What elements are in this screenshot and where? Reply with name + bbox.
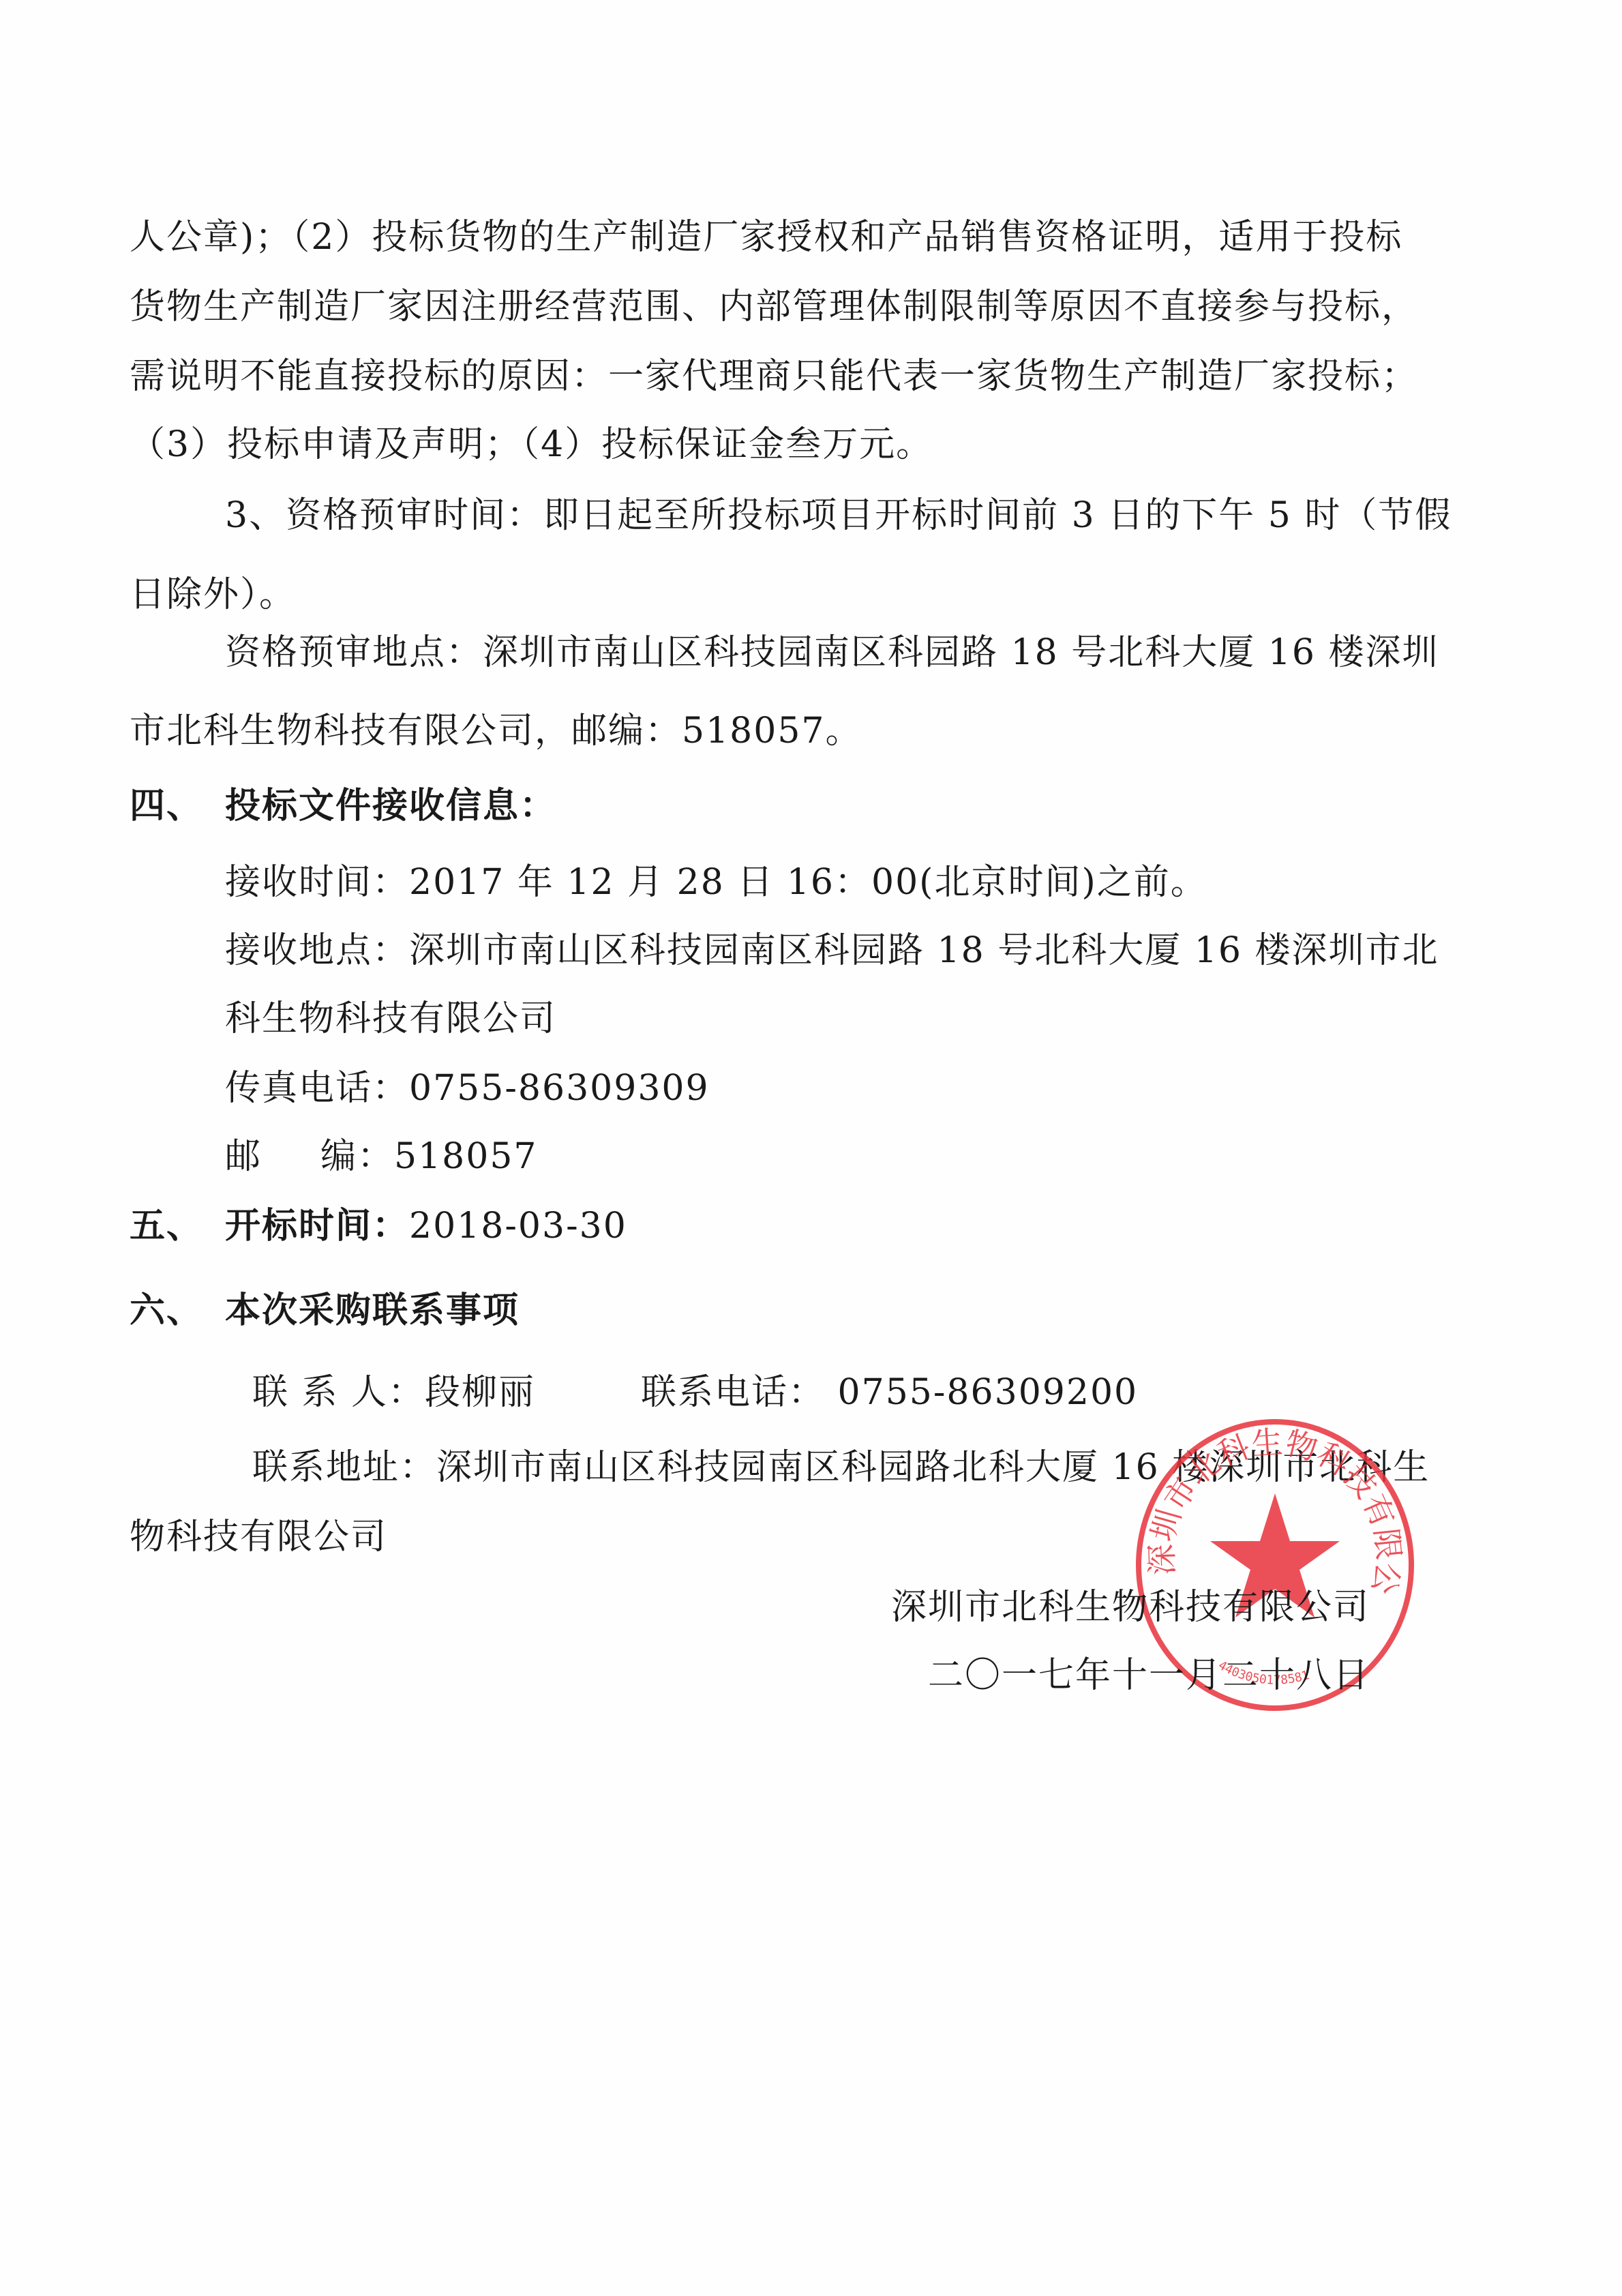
- paragraph-line: 人公章)；（2）投标货物的生产制造厂家授权和产品销售资格证明，适用于投标: [130, 215, 1402, 259]
- paragraph-line: 资格预审地点：深圳市南山区科技园南区科园路 18 号北科大厦 16 楼深圳: [225, 631, 1439, 674]
- section-4-number: 四、: [130, 784, 203, 828]
- postcode-label: 邮: [225, 1135, 262, 1178]
- contact-address-line-1: 联系地址：深圳市南山区科技园南区科园路北科大厦 16 楼深圳市北科生: [252, 1446, 1430, 1489]
- seal-arc-text: 深圳市北科生物科技有限公司: [1122, 1412, 1407, 1598]
- paragraph-line: 3、资格预审时间：即日起至所投标项目开标时间前 3 日的下午 5 时（节假: [225, 494, 1452, 537]
- signature-date: 二〇一七年十一月二十八日: [928, 1654, 1370, 1697]
- signature-company: 深圳市北科生物科技有限公司: [891, 1585, 1370, 1629]
- receive-place-line-2: 科生物科技有限公司: [225, 997, 556, 1041]
- postcode-value: 编：518057: [320, 1135, 538, 1178]
- section-5-number: 五、: [130, 1204, 203, 1248]
- paragraph-line: 日除外）。: [130, 573, 296, 616]
- receive-place-line-1: 接收地点：深圳市南山区科技园南区科园路 18 号北科大厦 16 楼深圳市北: [225, 929, 1439, 972]
- contact-person: 联 系 人：段柳丽: [252, 1371, 535, 1414]
- fax-number: 传真电话：0755-86309309: [225, 1067, 710, 1110]
- contact-phone: 联系电话： 0755-86309200: [641, 1371, 1138, 1414]
- section-6-title: 本次采购联系事项: [225, 1289, 520, 1332]
- svg-text:深圳市北科生物科技有限公司: 深圳市北科生物科技有限公司: [1122, 1412, 1407, 1598]
- bid-opening-date: 2018-03-30: [409, 1204, 627, 1248]
- paragraph-line: （3）投标申请及声明；（4）投标保证金叁万元。: [130, 423, 933, 466]
- document-page: 人公章)；（2）投标货物的生产制造厂家授权和产品销售资格证明，适用于投标 货物生…: [0, 0, 1622, 2296]
- contact-address-line-2: 物科技有限公司: [130, 1515, 387, 1559]
- section-6-number: 六、: [130, 1289, 203, 1332]
- section-4-title: 投标文件接收信息：: [225, 784, 556, 828]
- receive-time: 接收时间：2017 年 12 月 28 日 16：00(北京时间)之前。: [225, 861, 1207, 904]
- paragraph-line: 货物生产制造厂家因注册经营范围、内部管理体制限制等原因不直接参与投标，: [130, 285, 1418, 329]
- paragraph-line: 需说明不能直接投标的原因：一家代理商只能代表一家货物生产制造厂家投标；: [130, 355, 1418, 398]
- section-5-title: 开标时间：: [225, 1204, 409, 1248]
- paragraph-line: 市北科生物科技有限公司，邮编：518057。: [130, 709, 862, 753]
